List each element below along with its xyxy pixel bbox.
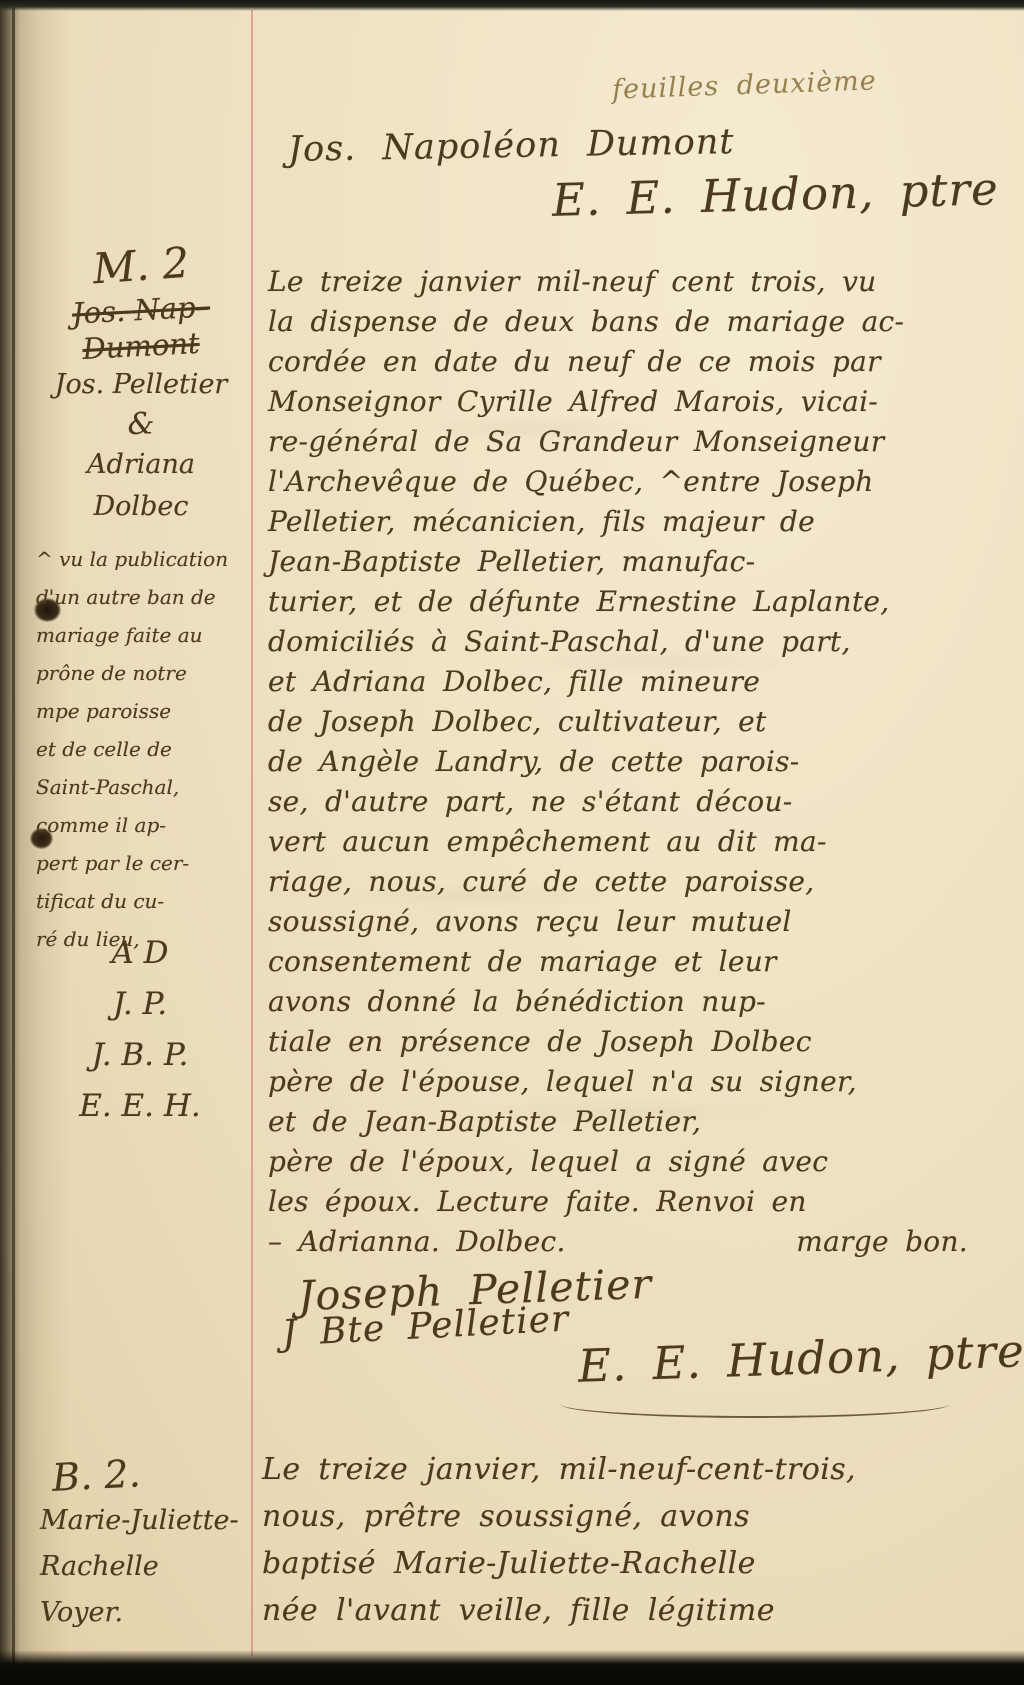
- act-line: Monseignor Cyrille Alfred Marois, vicai-: [268, 382, 968, 422]
- margin-initials-line: A D: [40, 928, 240, 979]
- margin-annotation-note: ^ vu la publication d'un autre ban de ma…: [36, 540, 254, 958]
- act-line: se, d'autre part, ne s'étant décou-: [268, 782, 968, 822]
- margin-initials-line: E. E. H.: [40, 1081, 240, 1132]
- act-line: l'Archevêque de Québec, ^entre Joseph: [268, 462, 968, 502]
- margin-note-line: Saint-Paschal,: [36, 768, 254, 806]
- margin-bride-lastname: Dolbec: [34, 486, 248, 528]
- book-edge-bottom: [0, 1650, 1024, 1685]
- act-line: née l'avant veille, fille légitime: [262, 1587, 972, 1634]
- entry-number: B. 2.: [39, 1443, 251, 1504]
- act-line: Jean-Baptiste Pelletier, manufac-: [268, 542, 968, 582]
- baptism-act-body: Le treize janvier, mil-neuf-cent-trois, …: [262, 1446, 972, 1634]
- margin-column-m2: M. 2 Jos. Nap– Dumont Jos. Pelletier & A…: [34, 240, 248, 528]
- margin-note-line: d'un autre ban de: [36, 578, 254, 616]
- margin-note-line: mariage faite au: [36, 616, 254, 654]
- act-line: la dispense de deux bans de mariage ac-: [268, 302, 968, 342]
- margin-note-line: et de celle de: [36, 730, 254, 768]
- margin-bride-firstname: Adriana: [34, 444, 248, 486]
- marriage-act-body: Le treize janvier mil-neuf cent trois, v…: [268, 262, 968, 1262]
- act-line: Le treize janvier, mil-neuf-cent-trois,: [262, 1446, 972, 1493]
- margin-note-line: mpe paroisse: [36, 692, 254, 730]
- act-line: de Angèle Landry, de cette parois-: [268, 742, 968, 782]
- act-line: père de l'épouse, lequel n'a su signer,: [268, 1062, 968, 1102]
- marge-bon-note: marge bon.: [796, 1222, 968, 1262]
- act-line: avons donné la bénédiction nup-: [268, 982, 968, 1022]
- act-line: Le treize janvier mil-neuf cent trois, v…: [268, 262, 968, 302]
- act-line: père de l'époux, lequel a signé avec: [268, 1142, 968, 1182]
- margin-initials: A D J. P. J. B. P. E. E. H.: [40, 928, 240, 1132]
- margin-note-line: ^ vu la publication: [36, 540, 254, 578]
- act-line: consentement de mariage et leur: [268, 942, 968, 982]
- act-line: de Joseph Dolbec, cultivateur, et: [268, 702, 968, 742]
- margin-note-line: pert par le cer-: [36, 844, 254, 882]
- margin-baptised-name: Voyer.: [40, 1590, 250, 1636]
- act-line: tiale en présence de Joseph Dolbec: [268, 1022, 968, 1062]
- act-line: les époux. Lecture faite. Renvoi en: [268, 1182, 968, 1222]
- act-line-bride-signature: – Adrianna. Dolbec. marge bon.: [268, 1222, 968, 1262]
- bride-signature: – Adrianna. Dolbec.: [268, 1222, 566, 1262]
- act-line: riage, nous, curé de cette paroisse,: [268, 862, 968, 902]
- register-page: feuilles deuxième Jos. Napoléon Dumont E…: [0, 0, 1024, 1685]
- margin-ampersand: &: [34, 406, 248, 444]
- priest-signature: E. E. Hudon, ptre: [577, 1324, 1024, 1393]
- act-line: re-général de Sa Grandeur Monseigneur: [268, 422, 968, 462]
- act-line: Pelletier, mécanicien, fils majeur de: [268, 502, 968, 542]
- margin-note-line: prône de notre: [36, 654, 254, 692]
- margin-baptised-name: Marie-Juliette-: [40, 1498, 250, 1544]
- margin-column-b2: B. 2. Marie-Juliette- Rachelle Voyer.: [40, 1448, 250, 1636]
- book-edge-top: [0, 0, 1024, 11]
- act-line: turier, et de défunte Ernestine Laplante…: [268, 582, 968, 622]
- act-line: vert aucun empêchement au dit ma-: [268, 822, 968, 862]
- act-line: baptisé Marie-Juliette-Rachelle: [262, 1540, 972, 1587]
- page-corner-note: feuilles deuxième: [612, 65, 878, 105]
- header-name-line: Jos. Napoléon Dumont: [288, 122, 735, 170]
- book-gutter-line: [12, 0, 15, 1685]
- margin-note-line: comme il ap-: [36, 806, 254, 844]
- act-line: nous, prêtre soussigné, avons: [262, 1493, 972, 1540]
- act-line: cordée en date du neuf de ce mois par: [268, 342, 968, 382]
- header-priest-signature: E. E. Hudon, ptre: [551, 162, 999, 227]
- margin-initials-line: J. P.: [40, 979, 240, 1030]
- signature-flourish: [560, 1390, 950, 1418]
- margin-groom-name: Jos. Pelletier: [34, 364, 248, 406]
- margin-initials-line: J. B. P.: [40, 1030, 240, 1081]
- margin-note-line: tificat du cu-: [36, 882, 254, 920]
- margin-baptised-name: Rachelle: [40, 1544, 250, 1590]
- act-line: domiciliés à Saint-Paschal, d'une part,: [268, 622, 968, 662]
- act-line: et de Jean-Baptiste Pelletier,: [268, 1102, 968, 1142]
- act-line: soussigné, avons reçu leur mutuel: [268, 902, 968, 942]
- act-line: et Adriana Dolbec, fille mineure: [268, 662, 968, 702]
